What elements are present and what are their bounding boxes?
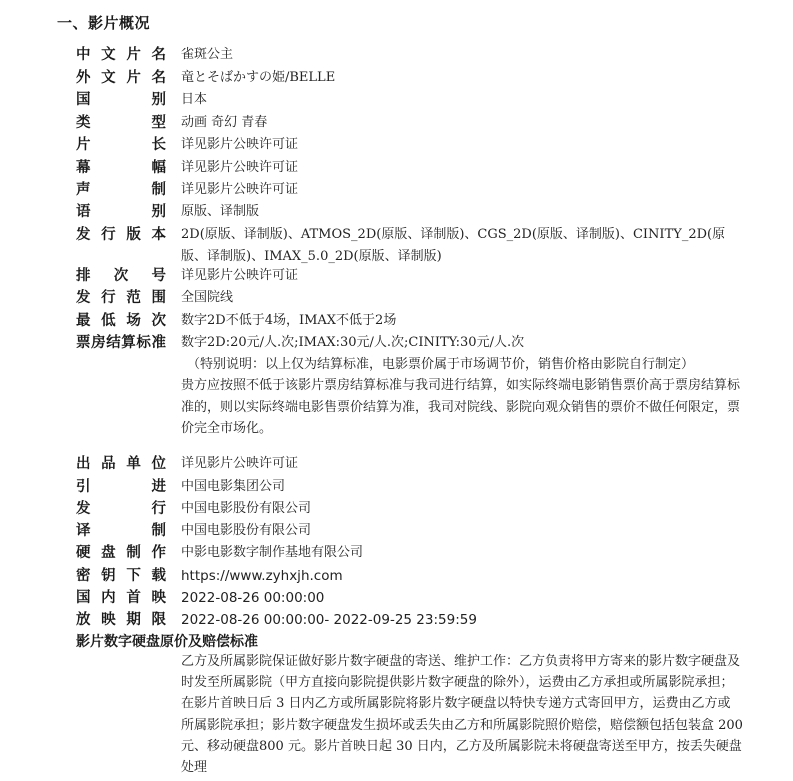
field-value-text: https://www.zyhxjh.com [181,568,343,584]
field-row: 片长详见影片公映许可证 [76,134,298,156]
field-value: 2D(原版、译制版)、ATMOS_2D(原版、译制版)、CGS_2D(原版、译制… [181,224,741,267]
field-value-text: 动画 奇幻 青春 [181,115,267,130]
field-row: 发行中国电影股份有限公司 [76,498,311,520]
field-label-char: 映 [101,609,116,631]
field-label-char: 别 [152,89,167,111]
field-value: 全国院线 [181,287,233,309]
field-row: 国内首映2022-08-26 00:00:00 [76,587,324,609]
field-label-char: 名 [151,67,166,89]
field-label-char: 范 [126,287,141,309]
field-value: 数字2D不低于4场，IMAX不低于2场 [181,310,396,332]
field-label-char: 行 [101,224,116,246]
field-label-char: 类 [76,112,91,134]
field-value-text: 中国电影股份有限公司 [181,523,311,538]
field-label-char: 行 [101,287,116,309]
field-label-char: 制 [152,520,167,542]
field-value: 详见影片公映许可证 [181,265,298,287]
field-value: 数字2D:20元/人.次;IMAX:30元/人.次;CINITY:30元/人.次… [181,332,741,440]
field-label: 发行版本 [76,224,166,246]
field-label-char: 放 [76,609,91,631]
field-label-char: 译 [76,520,91,542]
field-label: 国别 [76,89,166,111]
field-row: 发行版本2D(原版、译制版)、ATMOS_2D(原版、译制版)、CGS_2D(原… [76,224,741,267]
field-label: 中文片名 [76,44,166,66]
field-label-char: 制 [126,542,141,564]
field-value-text: 数字2D:20元/人.次;IMAX:30元/人.次;CINITY:30元/人.次 [181,335,524,350]
field-label-char: 钥 [101,565,116,587]
field-label: 声制 [76,179,166,201]
field-label-char: 位 [151,453,166,475]
field-label-char: 引 [76,476,91,498]
field-label: 最低场次 [76,310,166,332]
field-row: 票房结算标准数字2D:20元/人.次;IMAX:30元/人.次;CINITY:3… [76,332,741,440]
field-label-char: 期 [126,609,141,631]
field-label-char: 最 [76,310,91,332]
field-value: 详见影片公映许可证 [181,453,298,475]
field-row: 类型动画 奇幻 青春 [76,112,267,134]
field-value-text: 日本 [181,92,207,107]
field-label-char: 票 [76,332,91,354]
field-label-char: 准 [151,332,166,354]
field-value-text: 中国电影集团公司 [181,479,285,494]
field-value: 2022-08-26 00:00:00- 2022-09-25 23:59:59 [181,609,477,631]
field-label-char: 名 [151,44,166,66]
field-label: 硬盘制作 [76,542,166,564]
field-value-text: 竜とそばかすの姫/BELLE [181,70,335,85]
field-label: 国内首映 [76,587,166,609]
field-label-char: 本 [151,224,166,246]
field-row: 发行范围全国院线 [76,287,233,309]
settlement-text: 贵方应按照不低于该影片票房结算标准与我司进行结算，如实际终端电影销售票价高于票房… [181,375,741,440]
field-row: 引进中国电影集团公司 [76,476,285,498]
field-label-char: 进 [152,476,167,498]
field-row: 译制中国电影股份有限公司 [76,520,311,542]
field-label-char: 结 [106,332,121,354]
field-value-text: 详见影片公映许可证 [181,268,298,283]
field-label-char: 算 [121,332,136,354]
field-label-char: 出 [76,453,91,475]
field-label-char: 硬 [76,542,91,564]
key-download-link: https://www.zyhxjh.com [181,565,343,587]
field-value-text: 原版、译制版 [181,204,259,219]
field-label-char: 载 [151,565,166,587]
field-row: 语别原版、译制版 [76,201,259,223]
field-value-text: 数字2D不低于4场，IMAX不低于2场 [181,313,396,328]
field-label-char: 文 [101,67,116,89]
field-label-char: 作 [151,542,166,564]
field-label-char: 品 [101,453,116,475]
field-label-char: 声 [76,179,91,201]
field-value-text: 2022-08-26 00:00:00- 2022-09-25 23:59:59 [181,612,477,628]
field-value: 日本 [181,89,207,111]
field-value: 详见影片公映许可证 [181,179,298,201]
field-value-text: 详见影片公映许可证 [181,456,298,471]
field-label: 译制 [76,520,166,542]
field-label-char: 标 [136,332,151,354]
field-value: 中影电影数字制作基地有限公司 [181,542,363,564]
field-label-char: 发 [76,498,91,520]
field-label: 放映期限 [76,609,166,631]
field-value: 原版、译制版 [181,201,259,223]
field-label-char: 低 [101,310,116,332]
field-label-char: 片 [126,44,141,66]
field-label-char: 发 [76,224,91,246]
field-label: 票房结算标准 [76,332,166,354]
field-value: 中国电影股份有限公司 [181,498,311,520]
field-value-text: 详见影片公映许可证 [181,182,298,197]
field-label-char: 幅 [152,157,167,179]
field-label-char: 映 [151,587,166,609]
field-label: 引进 [76,476,166,498]
field-label-char: 号 [152,265,167,287]
compensation-text: 乙方及所属影院保证做好影片数字硬盘的寄送、维护工作：乙方负责将甲方寄来的影片数字… [181,651,743,778]
field-label: 外文片名 [76,67,166,89]
field-label-char: 内 [101,587,116,609]
field-label-char: 国 [76,587,91,609]
field-label-char: 单 [126,453,141,475]
field-row: 幕幅详见影片公映许可证 [76,157,298,179]
field-label: 密钥下载 [76,565,166,587]
field-value-text: 详见影片公映许可证 [181,137,298,152]
field-row: 放映期限2022-08-26 00:00:00- 2022-09-25 23:5… [76,609,477,631]
field-label-char: 版 [126,224,141,246]
field-label-char: 型 [152,112,167,134]
field-label: 片长 [76,134,166,156]
field-label-char: 房 [91,332,106,354]
field-label: 语别 [76,201,166,223]
field-row: 最低场次数字2D不低于4场，IMAX不低于2场 [76,310,396,332]
field-label-char: 别 [152,201,167,223]
field-label-char: 外 [76,67,91,89]
field-label-char: 片 [76,134,91,156]
field-label: 出品单位 [76,453,166,475]
field-label-char: 语 [76,201,91,223]
field-label-char: 盘 [101,542,116,564]
field-row: 外文片名竜とそばかすの姫/BELLE [76,67,335,89]
settlement-note: （特别说明：以上仅为结算标准，电影票价属于市场调节价，销售价格由影院自行制定） [181,354,741,376]
field-label-char: 中 [76,44,91,66]
field-label-char: 次 [151,310,166,332]
field-label-char: 限 [151,609,166,631]
field-row: 中文片名雀斑公主 [76,44,233,66]
field-row: 出品单位详见影片公映许可证 [76,453,298,475]
field-value-text: 全国院线 [181,290,233,305]
field-label-char: 首 [126,587,141,609]
field-row: 硬盘制作中影电影数字制作基地有限公司 [76,542,363,564]
field-label-char: 片 [126,67,141,89]
field-value-text: 2D(原版、译制版)、ATMOS_2D(原版、译制版)、CGS_2D(原版、译制… [181,227,725,264]
field-label-char: 行 [152,498,167,520]
field-label: 发行范围 [76,287,166,309]
field-row: 国别日本 [76,89,207,111]
field-value: 2022-08-26 00:00:00 [181,587,324,609]
field-label-char: 制 [152,179,167,201]
compensation-heading: 影片数字硬盘原价及赔偿标准 [76,631,258,651]
field-value-text: 详见影片公映许可证 [181,160,298,175]
field-label-char: 下 [126,565,141,587]
field-row: 排次号详见影片公映许可证 [76,265,298,287]
field-label-char: 发 [76,287,91,309]
field-value-text: 中国电影股份有限公司 [181,501,311,516]
field-label-char: 排 [76,265,91,287]
section-title: 一、影片概况 [57,12,150,33]
field-value-text: 2022-08-26 00:00:00 [181,590,324,606]
field-value: 竜とそばかすの姫/BELLE [181,67,335,89]
field-label-char: 长 [152,134,167,156]
field-label-char: 围 [151,287,166,309]
field-label-char: 密 [76,565,91,587]
field-value: 雀斑公主 [181,44,233,66]
field-label-char: 场 [126,310,141,332]
field-label: 发行 [76,498,166,520]
field-label: 幕幅 [76,157,166,179]
field-label-char: 文 [101,44,116,66]
field-value: 中国电影集团公司 [181,476,285,498]
field-value: 中国电影股份有限公司 [181,520,311,542]
field-row: 声制详见影片公映许可证 [76,179,298,201]
field-label-char: 国 [76,89,91,111]
field-label: 类型 [76,112,166,134]
field-value: 详见影片公映许可证 [181,134,298,156]
field-value: 动画 奇幻 青春 [181,112,267,134]
field-label: 排次号 [76,265,166,287]
field-label-char: 幕 [76,157,91,179]
field-label-char: 次 [114,265,129,287]
field-value: 详见影片公映许可证 [181,157,298,179]
field-row: 密钥下载https://www.zyhxjh.com [76,565,343,587]
field-value-text: 雀斑公主 [181,47,233,62]
field-value-text: 中影电影数字制作基地有限公司 [181,545,363,560]
